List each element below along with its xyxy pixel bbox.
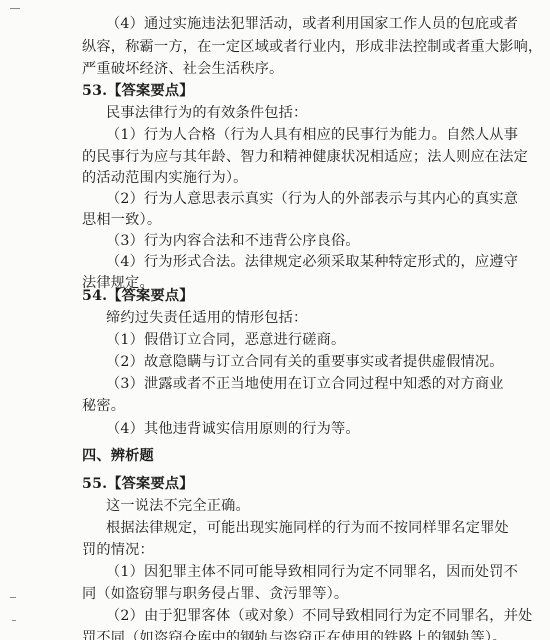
text-line: （1）行为人合格（行为人具有相应的民事行为能力。自然人从事 bbox=[106, 126, 518, 144]
answer-heading-55: 55.【答案要点】 bbox=[82, 475, 194, 493]
text-line: （2）故意隐瞒与订立合同有关的重要事实或者提供虚假情况。 bbox=[106, 353, 504, 371]
text-line: 纵容，称霸一方，在一定区域或者行业内，形成非法控制或者重大影响， bbox=[82, 38, 542, 56]
text-line: 的活动范围内实施行为）。 bbox=[82, 169, 248, 187]
text-line: 根据法律规定，可能出现实施同样的行为而不按同样罪名定罪处 bbox=[106, 519, 509, 537]
text-line: 民事法律行为的有效条件包括： bbox=[106, 104, 307, 122]
text-line: （3）泄露或者不正当地使用在订立合同过程中知悉的对方商业 bbox=[106, 375, 504, 393]
scan-mark bbox=[12, 620, 16, 621]
text-line: 的民事行为应与其年龄、智力和精神健康状况相适应；法人则应在法定 bbox=[82, 148, 528, 166]
section-heading: 四、辨析题 bbox=[82, 447, 154, 465]
text-line: （1）因犯罪主体不同可能导致相同行为定不同罪名，因而处罚不 bbox=[106, 563, 518, 581]
text-line: 严重破坏经济、社会生活秩序。 bbox=[82, 60, 283, 78]
answer-heading-54: 54.【答案要点】 bbox=[82, 287, 194, 305]
document-page: （4）通过实施违法犯罪活动，或者利用国家工作人员的包庇或者 纵容，称霸一方，在一… bbox=[0, 0, 550, 640]
scan-mark bbox=[10, 597, 16, 598]
answer-heading-53: 53.【答案要点】 bbox=[82, 82, 194, 100]
text-line: （2）行为人意思表示真实（行为人的外部表示与其内心的真实意 bbox=[106, 190, 518, 208]
text-line: 同（如盗窃罪与职务侵占罪、贪污罪等）。 bbox=[82, 585, 348, 603]
text-line: （4）行为形式合法。法律规定必须采取某种特定形式的，应遵守 bbox=[106, 253, 518, 271]
text-line: 秘密。 bbox=[82, 397, 125, 415]
text-line: 罚的情况： bbox=[82, 541, 154, 559]
text-line: （4）其他违背诚实信用原则的行为等。 bbox=[106, 420, 360, 438]
text-line: 这一说法不完全正确。 bbox=[106, 497, 250, 515]
text-line: （2）由于犯罪客体（或对象）不同导致相同行为定不同罪名，并处 bbox=[106, 607, 532, 625]
text-line: 罚不同（如盗窃仓库中的钢轨与盗窃正在使用的铁路上的钢轨等）。 bbox=[82, 629, 507, 640]
scan-mark bbox=[10, 8, 20, 9]
text-line: （4）通过实施违法犯罪活动，或者利用国家工作人员的包庇或者 bbox=[106, 15, 518, 33]
text-line: 缔约过失责任适用的情形包括： bbox=[106, 309, 307, 327]
text-line: （1）假借订立合同，恶意进行磋商。 bbox=[106, 331, 345, 349]
text-line: 思相一致）。 bbox=[82, 211, 161, 229]
text-line: （3）行为内容合法和不违背公序良俗。 bbox=[106, 232, 360, 250]
